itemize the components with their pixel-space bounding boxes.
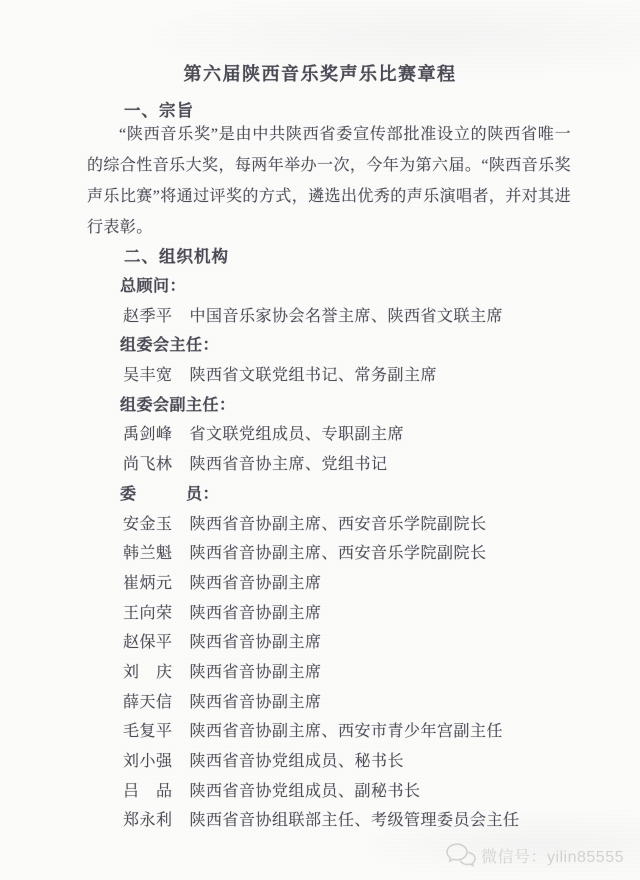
role-row-committee-director: 组委会主任： [86,331,586,361]
scanned-document-page: 第六届陕西音乐奖声乐比赛章程 一、宗旨 “陕西音乐奖”是由中共陕西省委宣传部批准… [0,0,640,880]
member-name: 崔炳元 [123,569,173,599]
member-row: 赵季平 中国音乐家协会名誉主席、陕西省文联主席 [86,302,586,332]
member-row: 薛天信 陕西省音协副主席 [86,688,586,718]
organization-list: 总顾问： 赵季平 中国音乐家协会名誉主席、陕西省文联主席 组委会主任： 吴丰宽 … [86,272,586,836]
role-label: 组委会主任： [120,331,219,361]
document-title: 第六届陕西音乐奖声乐比赛章程 [0,60,640,86]
section-heading-organization: 二、组织机构 [124,243,229,267]
member-name: 吕 品 [123,777,173,807]
member-row: 禹剑峰 省文联党组成员、专职副主席 [86,420,586,450]
member-row: 吕 品 陕西省音协党组成员、副秘书长 [86,777,586,807]
member-row: 韩兰魁 陕西省音协副主席、西安音乐学院副院长 [86,539,586,569]
member-title: 陕西省音协副主席 [190,688,322,718]
member-row: 刘 庆 陕西省音协副主席 [86,658,586,688]
member-name: 赵季平 [123,302,173,332]
role-label: 总顾问： [120,272,186,302]
member-title: 陕西省音协副主席 [190,599,322,629]
member-row: 吴丰宽 陕西省文联党组书记、常务副主席 [86,361,586,391]
member-title: 陕西省音协副主席、西安音乐学院副院长 [190,539,487,569]
member-name: 刘 庆 [123,658,173,688]
member-title: 陕西省音协副主席、西安市青少年宫副主任 [190,717,504,747]
member-title: 陕西省音协副主席、西安音乐学院副院长 [190,510,487,540]
member-row: 刘小强 陕西省音协党组成员、秘书长 [86,747,586,777]
role-label: 组委会副主任： [120,391,236,421]
member-name: 吴丰宽 [123,361,173,391]
member-row: 郑永利 陕西省音协组联部主任、考级管理委员会主任 [86,806,586,836]
member-title: 陕西省音协副主席 [190,569,322,599]
role-row-committee-members: 委 员： [86,480,586,510]
wechat-watermark: 微信号：yilin85555 [445,842,624,868]
member-row: 赵保平 陕西省音协副主席 [86,628,586,658]
member-row: 安金玉 陕西省音协副主席、西安音乐学院副院长 [86,510,586,540]
member-row: 尚飞林 陕西省音协主席、党组书记 [86,450,586,480]
member-title: 中国音乐家协会名誉主席、陕西省文联主席 [190,302,504,332]
member-title: 陕西省音协党组成员、秘书长 [190,747,405,777]
role-row-chief-advisor: 总顾问： [86,272,586,302]
member-row: 崔炳元 陕西省音协副主席 [86,569,586,599]
member-name: 毛复平 [123,717,173,747]
member-name: 韩兰魁 [123,539,173,569]
member-title: 陕西省音协组联部主任、考级管理委员会主任 [190,806,520,836]
member-name: 赵保平 [123,628,173,658]
role-row-deputy-directors: 组委会副主任： [86,391,586,421]
member-title: 陕西省音协副主席 [190,628,322,658]
section-heading-purpose: 一、宗旨 [124,97,194,121]
member-name: 尚飞林 [123,450,173,480]
member-name: 刘小强 [123,747,173,777]
member-row: 毛复平 陕西省音协副主席、西安市青少年宫副主任 [86,717,586,747]
member-row: 王向荣 陕西省音协副主席 [86,599,586,629]
role-label: 委 员： [120,480,219,510]
member-title: 陕西省文联党组书记、常务副主席 [190,361,438,391]
member-name: 禹剑峰 [123,420,173,450]
member-name: 安金玉 [123,510,173,540]
wechat-icon [445,842,477,868]
member-title: 陕西省音协党组成员、副秘书长 [190,777,421,807]
member-name: 郑永利 [123,806,173,836]
member-title: 省文联党组成员、专职副主席 [190,420,405,450]
member-title: 陕西省音协副主席 [190,658,322,688]
member-title: 陕西省音协主席、党组书记 [190,450,388,480]
purpose-paragraph: “陕西音乐奖”是由中共陕西省委宣传部批准设立的陕西省唯一的综合性音乐大奖，每两年… [87,119,571,243]
member-name: 薛天信 [123,688,173,718]
member-name: 王向荣 [123,599,173,629]
watermark-label: 微信号：yilin85555 [481,844,624,867]
